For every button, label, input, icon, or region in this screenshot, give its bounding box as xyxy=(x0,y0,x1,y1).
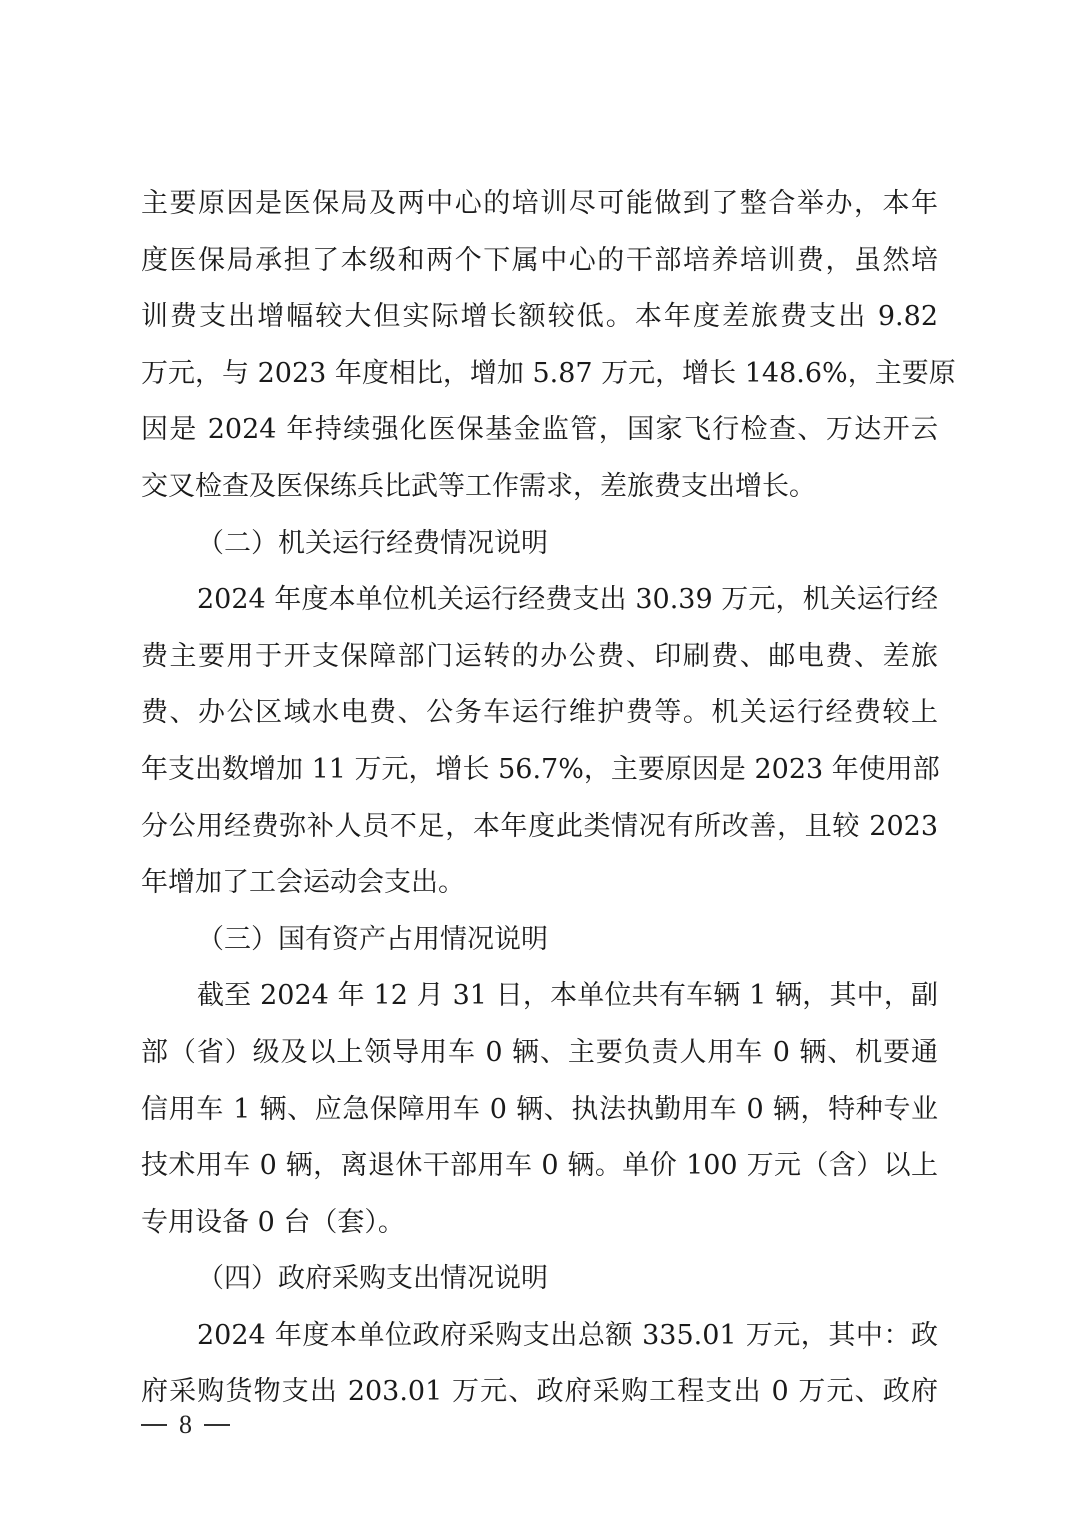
text-line: 技术用车 0 辆，离退休干部用车 0 辆。单价 100 万元（含）以上 xyxy=(141,1138,938,1195)
text-line: 2024 年度本单位政府采购支出总额 335.01 万元，其中：政 xyxy=(141,1308,938,1365)
text-line: 费、办公区域水电费、公务车运行维护费等。机关运行经费较上 xyxy=(141,685,938,742)
text-line: 年增加了工会运动会支出。 xyxy=(141,855,938,912)
section-heading: （三）国有资产占用情况说明 xyxy=(141,912,938,969)
page-content: 主要原因是医保局及两中心的培训尽可能做到了整合举办，本年 度医保局承担了本级和两… xyxy=(141,176,938,1421)
text-line: 截至 2024 年 12 月 31 日，本单位共有车辆 1 辆，其中，副 xyxy=(141,968,938,1025)
text-line: 专用设备 0 台（套）。 xyxy=(141,1195,938,1252)
text-line: 年支出数增加 11 万元，增长 56.7%，主要原因是 2023 年使用部 xyxy=(141,742,938,799)
text-line: 府采购货物支出 203.01 万元、政府采购工程支出 0 万元、政府 xyxy=(141,1364,938,1421)
dash-left xyxy=(141,1424,167,1426)
text-line: 部（省）级及以上领导用车 0 辆、主要负责人用车 0 辆、机要通 xyxy=(141,1025,938,1082)
text-line: 主要原因是医保局及两中心的培训尽可能做到了整合举办，本年 xyxy=(141,176,938,233)
page-number: 8 xyxy=(141,1410,230,1440)
page-number-value: 8 xyxy=(179,1410,192,1440)
document-page: 主要原因是医保局及两中心的培训尽可能做到了整合举办，本年 度医保局承担了本级和两… xyxy=(0,0,1075,1520)
text-line: 度医保局承担了本级和两个下属中心的干部培养培训费，虽然培 xyxy=(141,233,938,290)
section-heading: （四）政府采购支出情况说明 xyxy=(141,1251,938,1308)
text-line: 训费支出增幅较大但实际增长额较低。本年度差旅费支出 9.82 xyxy=(141,289,938,346)
text-line: 交叉检查及医保练兵比武等工作需求，差旅费支出增长。 xyxy=(141,459,938,516)
text-line: 因是 2024 年持续强化医保基金监管，国家飞行检查、万达开云 xyxy=(141,402,938,459)
section-heading: （二）机关运行经费情况说明 xyxy=(141,516,938,573)
text-line: 分公用经费弥补人员不足，本年度此类情况有所改善，且较 2023 xyxy=(141,799,938,856)
dash-right xyxy=(204,1424,230,1426)
text-line: 信用车 1 辆、应急保障用车 0 辆、执法执勤用车 0 辆，特种专业 xyxy=(141,1082,938,1139)
text-line: 2024 年度本单位机关运行经费支出 30.39 万元，机关运行经 xyxy=(141,572,938,629)
text-line: 费主要用于开支保障部门运转的办公费、印刷费、邮电费、差旅 xyxy=(141,629,938,686)
text-line: 万元，与 2023 年度相比，增加 5.87 万元，增长 148.6%，主要原 xyxy=(141,346,938,403)
